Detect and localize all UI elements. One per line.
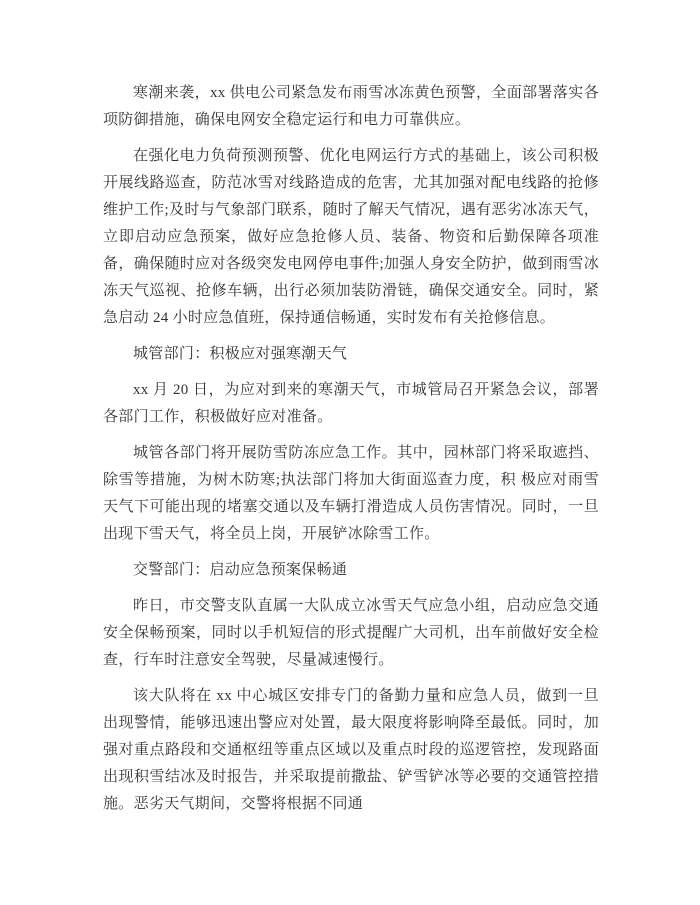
paragraph-chengguan-actions: 城管各部门将开展防雪防冻应急工作。其中，园林部门将采取遮挡、除雪等措施，为树木防… — [103, 440, 599, 548]
paragraph-chengguan-meeting: xx 月 20 日，为应对到来的寒潮天气，市城管局召开紧急会议，部署各部门工作，… — [103, 377, 599, 431]
paragraph-jiaojing-plan: 昨日，市交警支队直属一大队成立冰雪天气应急小组，启动应急交通安全保畅预案，同时以… — [103, 593, 599, 674]
paragraph-power-measures: 在强化电力负荷预测预警、优化电网运行方式的基础上，该公司积极开展线路巡查，防范冰… — [103, 143, 599, 332]
section-heading-jiaojing: 交警部门：启动应急预案保畅通 — [103, 557, 599, 584]
document-page: 寒潮来袭，xx 供电公司紧急发布雨雪冰冻黄色预警，全面部署落实各项防御措施，确保… — [0, 0, 700, 905]
paragraph-jiaojing-patrol: 该大队将在 xx 中心城区安排专门的备勤力量和应急人员，做到一旦出现警情，能够迅… — [103, 683, 599, 818]
section-heading-chengguan: 城管部门：积极应对强寒潮天气 — [103, 341, 599, 368]
document-body: 寒潮来袭，xx 供电公司紧急发布雨雪冰冻黄色预警，全面部署落实各项防御措施，确保… — [103, 80, 599, 827]
paragraph-power-alert: 寒潮来袭，xx 供电公司紧急发布雨雪冰冻黄色预警，全面部署落实各项防御措施，确保… — [103, 80, 599, 134]
